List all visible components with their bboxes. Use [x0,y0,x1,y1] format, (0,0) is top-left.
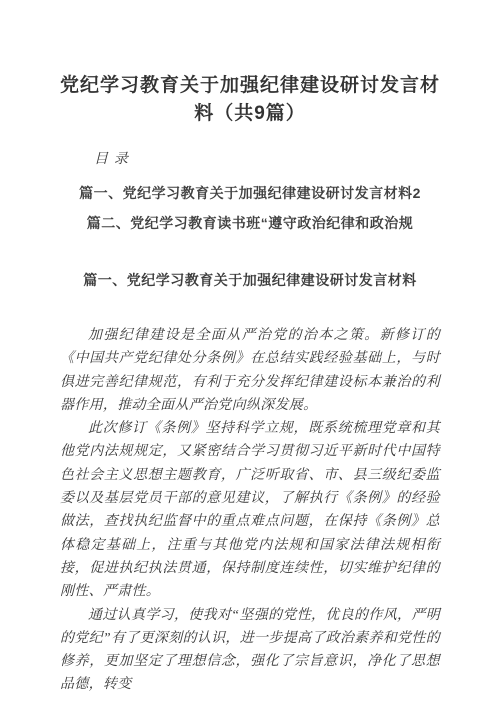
toc-heading: 目录 [94,150,440,170]
document-body: 加强纪律建设是全面从严治党的治本之策。新修订的《中国共产党纪律处分条例》在总结实… [60,324,440,697]
toc-entry: 篇一、党纪学习教育关于加强纪律建设研讨发言材料2 [60,178,440,208]
body-paragraph: 通过认真学习，使我对“坚强的党性，优良的作风，严明的党纪”有了更深刻的认识，进一… [60,604,440,697]
document-page: 党纪学习教育关于加强纪律建设研讨发言材料（共9篇） 目录 篇一、党纪学习教育关于… [0,0,500,707]
body-paragraph: 加强纪律建设是全面从严治党的治本之策。新修订的《中国共产党纪律处分条例》在总结实… [60,324,440,417]
section-heading: 篇一、党纪学习教育关于加强纪律建设研讨发言材料 [60,270,440,290]
toc-page-number: 2 [413,185,421,201]
toc-entry: 篇二、党纪学习教育读书班“遵守政治纪律和政治规 [60,208,440,238]
body-paragraph: 此次修订《条例》坚持科学立规，既系统梳理党章和其他党内法规规定，又紧密结合学习贯… [60,417,440,603]
document-title: 党纪学习教育关于加强纪律建设研讨发言材料（共9篇） [60,72,440,128]
toc-entry-text: 篇二、党纪学习教育读书班“遵守政治纪律和政治规 [87,215,414,231]
toc-list: 篇一、党纪学习教育关于加强纪律建设研讨发言材料2 篇二、党纪学习教育读书班“遵守… [60,178,440,238]
toc-entry-text: 篇一、党纪学习教育关于加强纪律建设研讨发言材料 [79,185,413,201]
table-of-contents: 目录 篇一、党纪学习教育关于加强纪律建设研讨发言材料2 篇二、党纪学习教育读书班… [60,150,440,238]
